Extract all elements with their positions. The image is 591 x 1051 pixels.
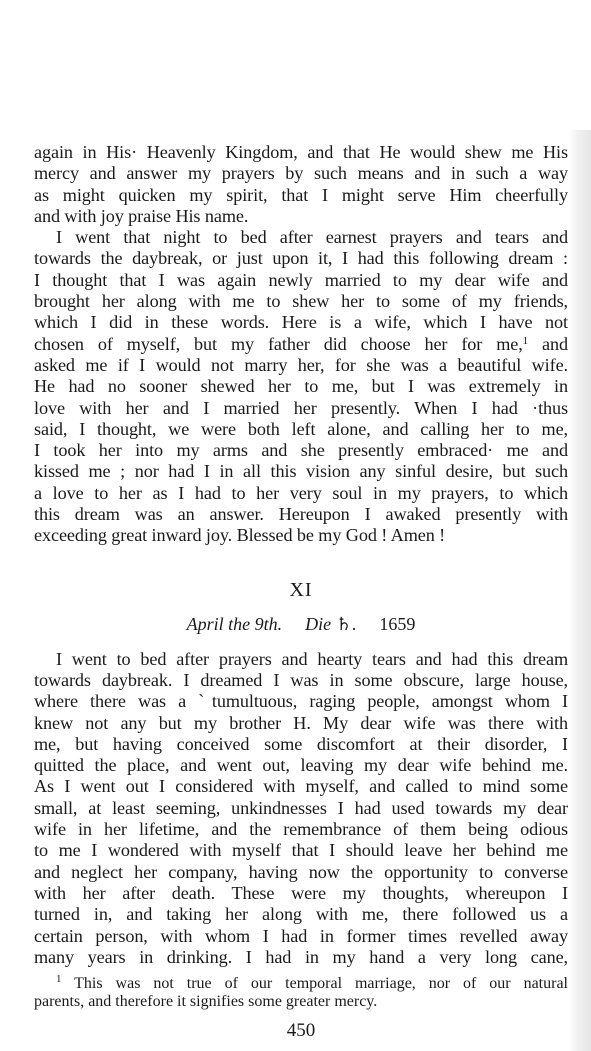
text-line: towards the daybreak, or just upon it, I… bbox=[34, 248, 568, 269]
date-day: April the 9th. bbox=[187, 614, 283, 634]
paragraph-continuation: again in His· Heavenly Kingdom, and that… bbox=[34, 142, 568, 227]
text-line: which I did in these words. Here is a wi… bbox=[34, 312, 568, 333]
text-line: with her after death. These were my thou… bbox=[34, 883, 568, 904]
paragraph-dream-one: I went that night to bed after earnest p… bbox=[34, 227, 568, 546]
footnote-line: parents, and therefore it signifies some… bbox=[34, 993, 568, 1011]
text-fragment: chosen of myself, but my father did choo… bbox=[34, 334, 523, 354]
page-number: 450 bbox=[34, 1019, 568, 1043]
text-line: love with her and I married her presentl… bbox=[34, 398, 568, 419]
text-line: asked me if I would not marry her, for s… bbox=[34, 355, 568, 376]
section-heading: XI bbox=[34, 577, 568, 603]
date-year: 1659 bbox=[379, 614, 415, 634]
text-line: I went to bed after prayers and hearty t… bbox=[34, 649, 568, 670]
text-line: I took her into my arms and she presentl… bbox=[34, 440, 568, 461]
text-line: mercy and answer my prayers by such mean… bbox=[34, 163, 568, 184]
text-line: quitted the place, and went out, leaving… bbox=[34, 755, 568, 776]
book-page: again in His· Heavenly Kingdom, and that… bbox=[34, 142, 568, 1043]
footnote-text: This was not true of our temporal marria… bbox=[62, 975, 569, 992]
text-line: exceeding great inward joy. Blessed be m… bbox=[34, 525, 568, 546]
text-line: brought her along with me to shew her to… bbox=[34, 291, 568, 312]
text-line: small, at least seeming, unkindnesses I … bbox=[34, 798, 568, 819]
text-line: certain person, with whom I had in forme… bbox=[34, 926, 568, 947]
text-line: As I went out I considered with myself, … bbox=[34, 776, 568, 797]
text-line: where there was a ˋtumultuous, raging pe… bbox=[34, 691, 568, 712]
page-edge-shadow bbox=[569, 130, 591, 1051]
text-line: turned in, and taking her along with me,… bbox=[34, 904, 568, 925]
text-line: towards daybreak. I dreamed I was in som… bbox=[34, 670, 568, 691]
footnote: 1 This was not true of our temporal marr… bbox=[34, 975, 568, 1011]
text-line: me, but having conceived some discomfort… bbox=[34, 734, 568, 755]
text-line: a love to her as I had to her very soul … bbox=[34, 483, 568, 504]
text-line: this dream was an answer. Hereupon I awa… bbox=[34, 504, 568, 525]
section-date: April the 9th. Die ♄. 1659 bbox=[34, 612, 568, 636]
text-line: and with joy praise His name. bbox=[34, 206, 568, 227]
date-die-label: Die bbox=[305, 614, 331, 634]
text-line: wife in her lifetime, and the remembranc… bbox=[34, 819, 568, 840]
text-line-with-footnote-ref: chosen of myself, but my father did choo… bbox=[34, 334, 568, 355]
paragraph-dream-two: I went to bed after prayers and hearty t… bbox=[34, 649, 568, 968]
text-line: again in His· Heavenly Kingdom, and that… bbox=[34, 142, 568, 163]
text-fragment: and bbox=[528, 334, 568, 354]
text-line: He had no sooner shewed her to me, but I… bbox=[34, 376, 568, 397]
footnote-line: 1 This was not true of our temporal marr… bbox=[34, 975, 568, 993]
text-line: as might quicken my spirit, that I might… bbox=[34, 185, 568, 206]
text-line: I went that night to bed after earnest p… bbox=[34, 227, 568, 248]
text-line: kissed me ; nor had I in all this vision… bbox=[34, 461, 568, 482]
text-line: knew not any but my brother H. My dear w… bbox=[34, 713, 568, 734]
text-line: and neglect her company, having now the … bbox=[34, 862, 568, 883]
text-line: to me I wondered with myself that I shou… bbox=[34, 840, 568, 861]
saturn-symbol-icon: ♄. bbox=[336, 614, 357, 634]
text-line: I thought that I was again newly married… bbox=[34, 270, 568, 291]
text-line: said, I thought, we were both left alone… bbox=[34, 419, 568, 440]
text-line: many years in drinking. I had in my hand… bbox=[34, 947, 568, 968]
